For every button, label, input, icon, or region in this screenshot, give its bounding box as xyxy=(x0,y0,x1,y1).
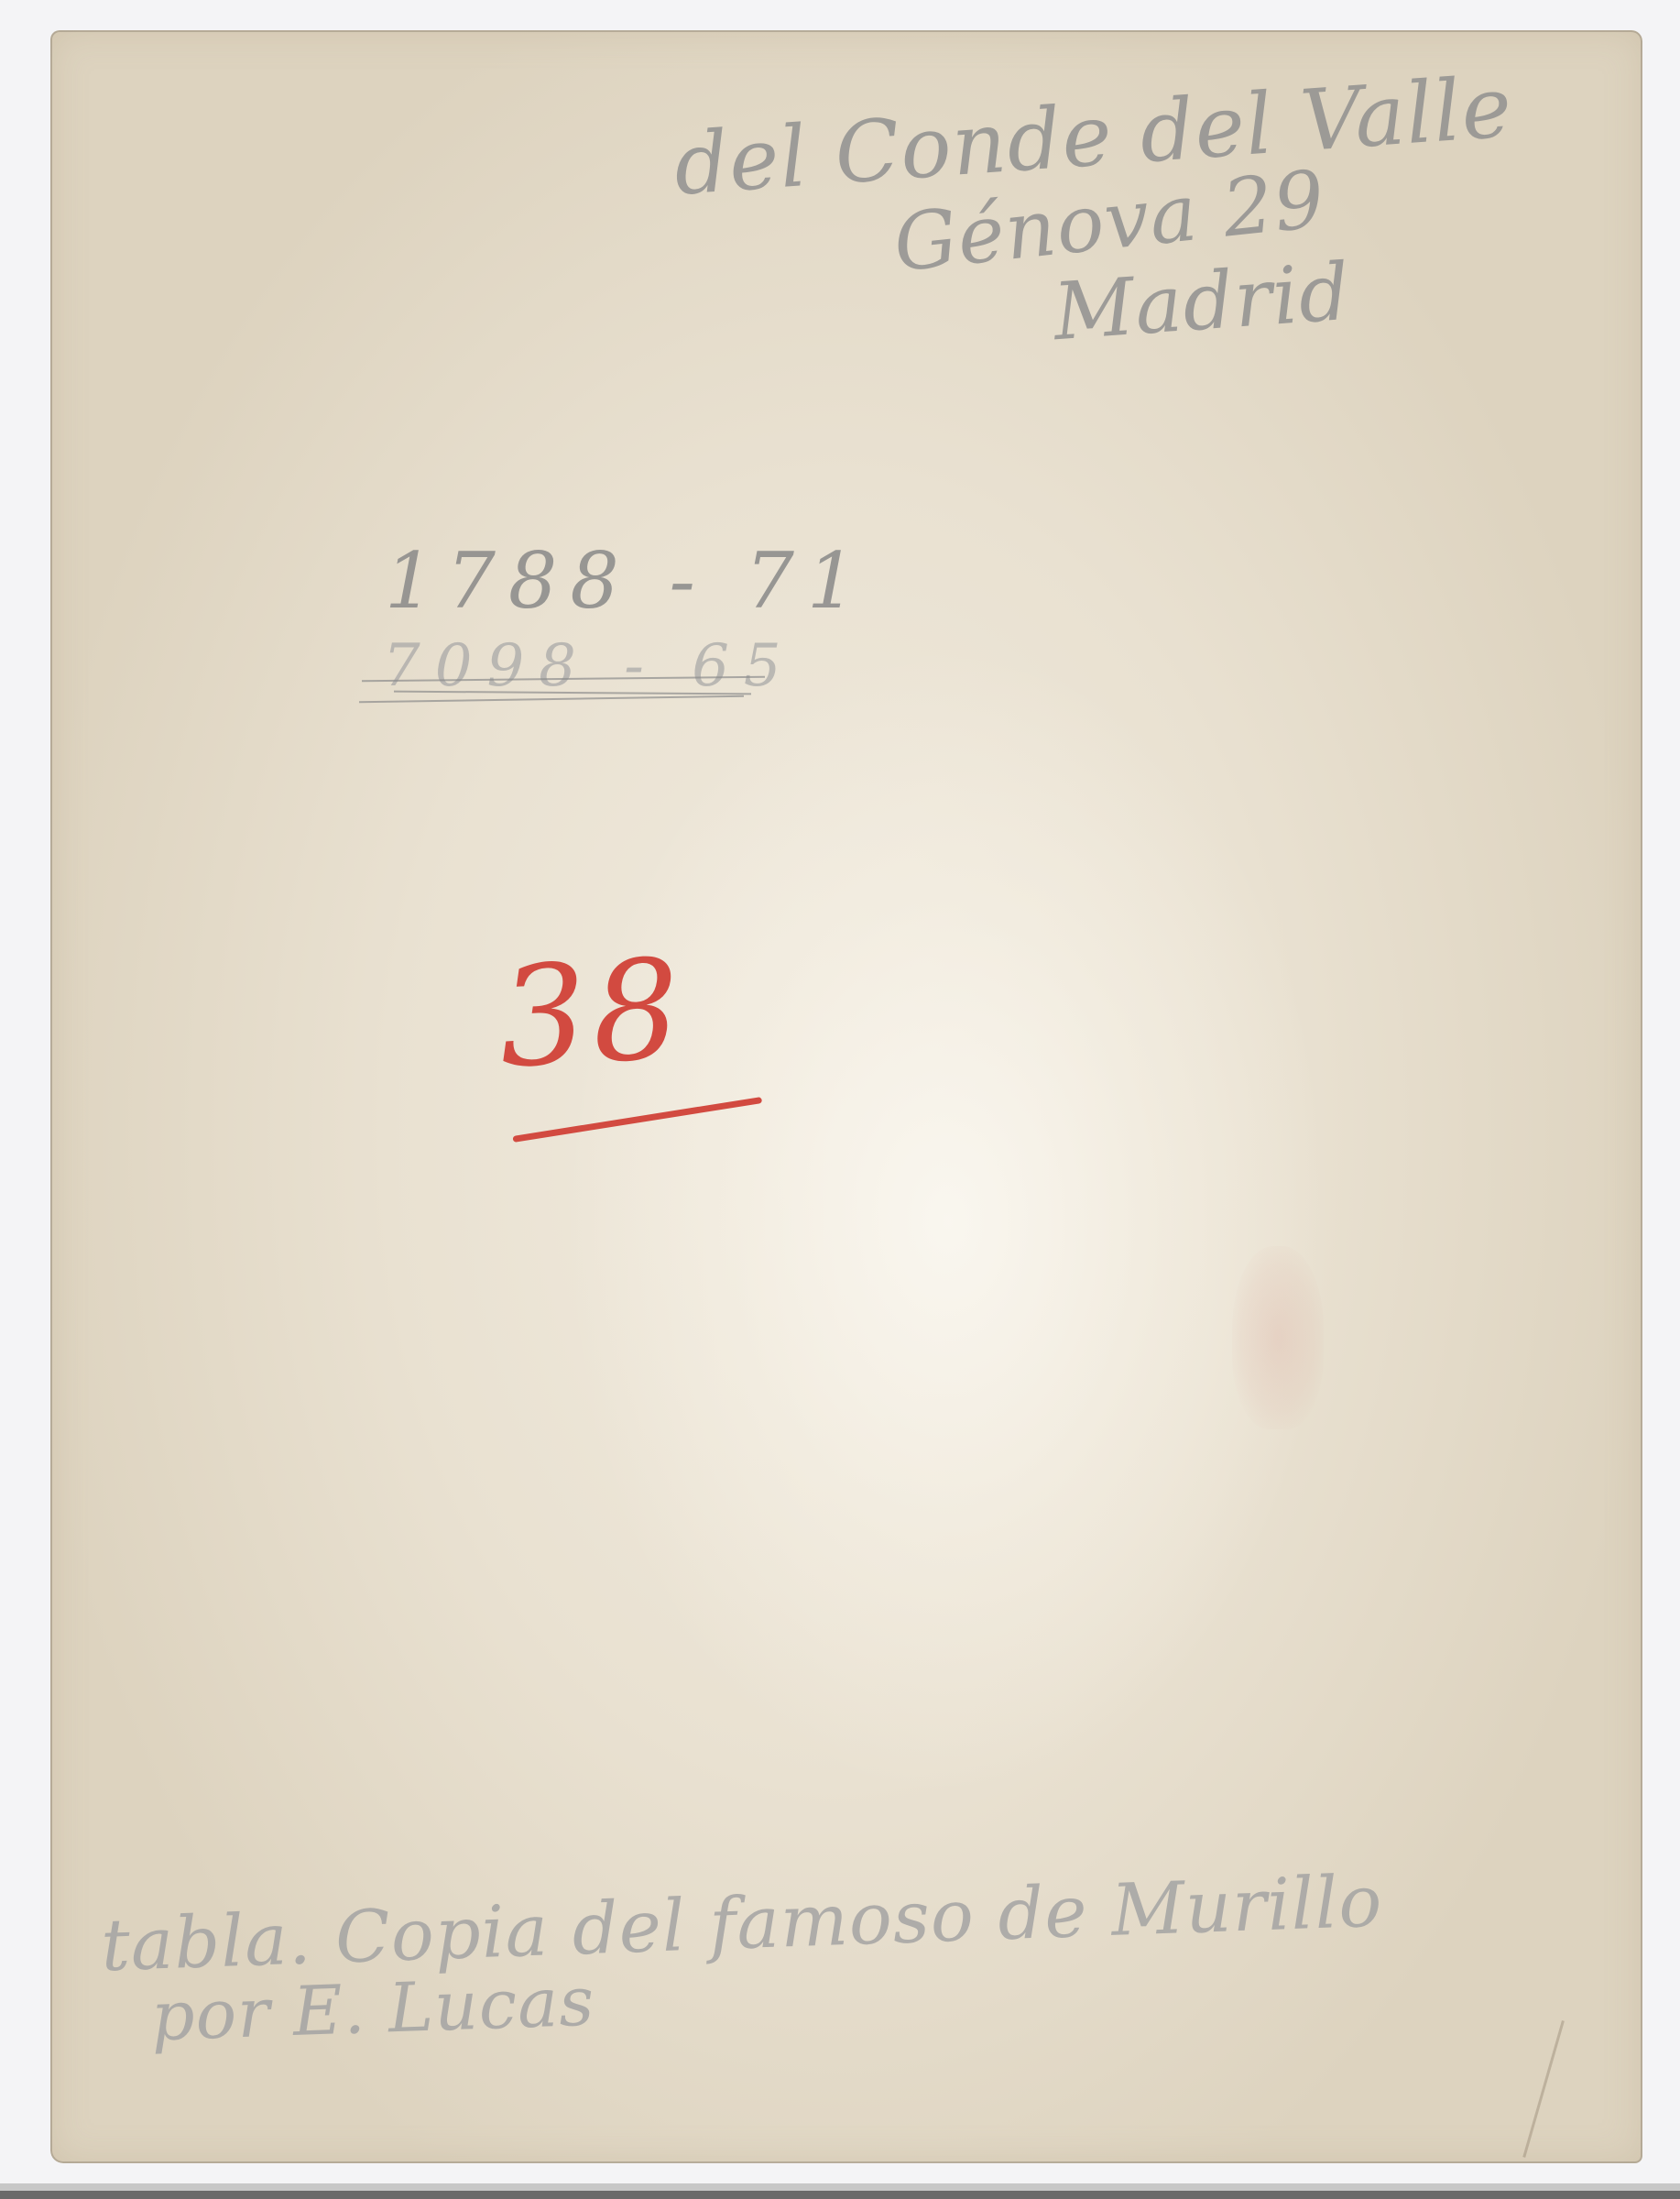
red-crayon-number: 38 xyxy=(496,930,690,1099)
old-inventory-number-struck: 7098 - 65 xyxy=(383,632,796,700)
inventory-number: 1788 - 71 xyxy=(385,536,868,626)
scanner-edge-strip-dark xyxy=(0,2191,1680,2199)
scanner-edge-strip xyxy=(0,2183,1680,2191)
note-line-author: por E. Lucas xyxy=(150,1963,596,2057)
photo-card-back xyxy=(50,30,1642,2163)
red-offset-stain xyxy=(1232,1246,1324,1429)
